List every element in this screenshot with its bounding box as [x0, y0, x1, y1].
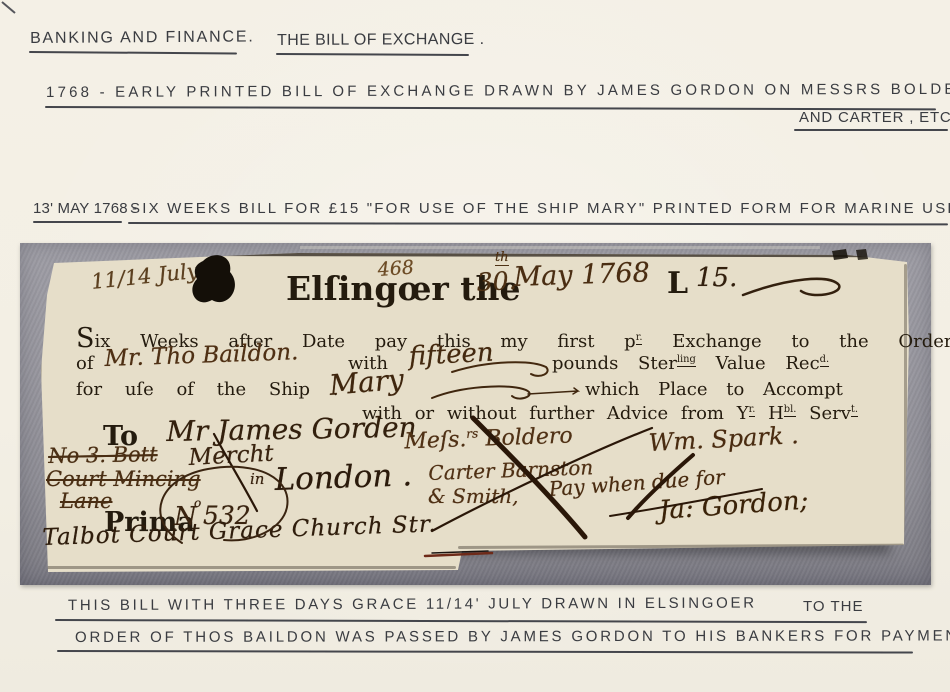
bill-body-line2-rest: pounds Sterling Value Recd. — [552, 353, 829, 374]
line2-sup1: ling — [677, 354, 696, 367]
year-cont-underline — [794, 129, 948, 131]
bill-date-day: 30. — [476, 266, 517, 297]
caption1-underline — [55, 619, 867, 623]
line2-text-c: Value Rec — [696, 353, 820, 374]
endorsement-smith: & Smith, — [428, 484, 519, 508]
album-year-line: 1768 - EARLY PRINTED BILL OF EXCHANGE DR… — [46, 81, 950, 101]
bill-body-line2-of: of — [76, 353, 94, 374]
bill-date-suffix: th — [495, 250, 509, 266]
page-corner-mark — [2, 2, 15, 13]
line2-sup2: d. — [820, 354, 829, 367]
line4-sup3: t. — [851, 404, 858, 417]
line4-sup2: bl. — [784, 404, 797, 417]
bill-currency: L — [667, 266, 688, 301]
bill-date-month-year: May 1768 — [513, 257, 650, 293]
caption-line1-right: TO THE — [803, 598, 863, 615]
messrs-name: Boldero — [478, 423, 573, 451]
ship-name-script: Mary — [328, 363, 405, 402]
amount-in-words-script: fifteen — [408, 338, 494, 372]
addressee-merchant: Mercht — [188, 441, 274, 471]
heading-right-underline — [276, 53, 469, 56]
addressee-in: in — [250, 470, 264, 488]
messrs-sup: rs — [466, 426, 478, 440]
album-page: BANKING AND FINANCE. THE BILL OF EXCHANG… — [0, 0, 950, 692]
album-year-line-cont: AND CARTER , ETC — [799, 109, 950, 126]
album-date-line-date: 13' MAY 1768 - — [33, 200, 137, 217]
album-heading-left: BANKING AND FINANCE. — [30, 28, 255, 48]
line1-text-b: Exchange to the Order — [642, 331, 950, 352]
line4-text-c: Serv — [796, 403, 850, 424]
crossed-address-line1: No 3. Bott — [48, 442, 158, 468]
mount-top-highlight — [300, 246, 820, 249]
caption-line1: THIS BILL WITH THREE DAYS GRACE 11/14' J… — [68, 595, 757, 614]
date-rest-underline — [128, 222, 948, 225]
caption-line2: ORDER OF THOS BAILDON WAS PASSED BY JAME… — [75, 627, 950, 646]
heading-left-underline — [29, 51, 237, 54]
line2-text-b: pounds Ster — [552, 353, 677, 374]
bill-bottom-edge-left — [46, 566, 456, 569]
addressee-name: Mr James Gorden — [166, 411, 417, 448]
bill-amount: 15. — [696, 263, 737, 293]
date-underline — [33, 221, 122, 223]
bill-body-line3-b: which Place to Accompt — [585, 379, 843, 400]
caption2-underline — [57, 650, 913, 653]
bill-body-line3-a: for uſe of the Ship . — [76, 379, 339, 400]
messrs-text: Meſs. — [404, 427, 467, 454]
line4-text-a: with or without further Advice from Y — [362, 403, 749, 424]
drop-cap: S — [76, 323, 95, 354]
prima-n-sup: o — [194, 496, 201, 510]
addressee-city: London . — [274, 457, 413, 498]
line4-text-b: H — [755, 403, 783, 424]
crossed-address-line2: Court Mincing — [46, 467, 201, 491]
album-heading-right: THE BILL OF EXCHANGE . — [277, 31, 484, 50]
album-date-line-rest: SIX WEEKS BILL FOR £15 "FOR USE OF THE S… — [130, 200, 950, 217]
